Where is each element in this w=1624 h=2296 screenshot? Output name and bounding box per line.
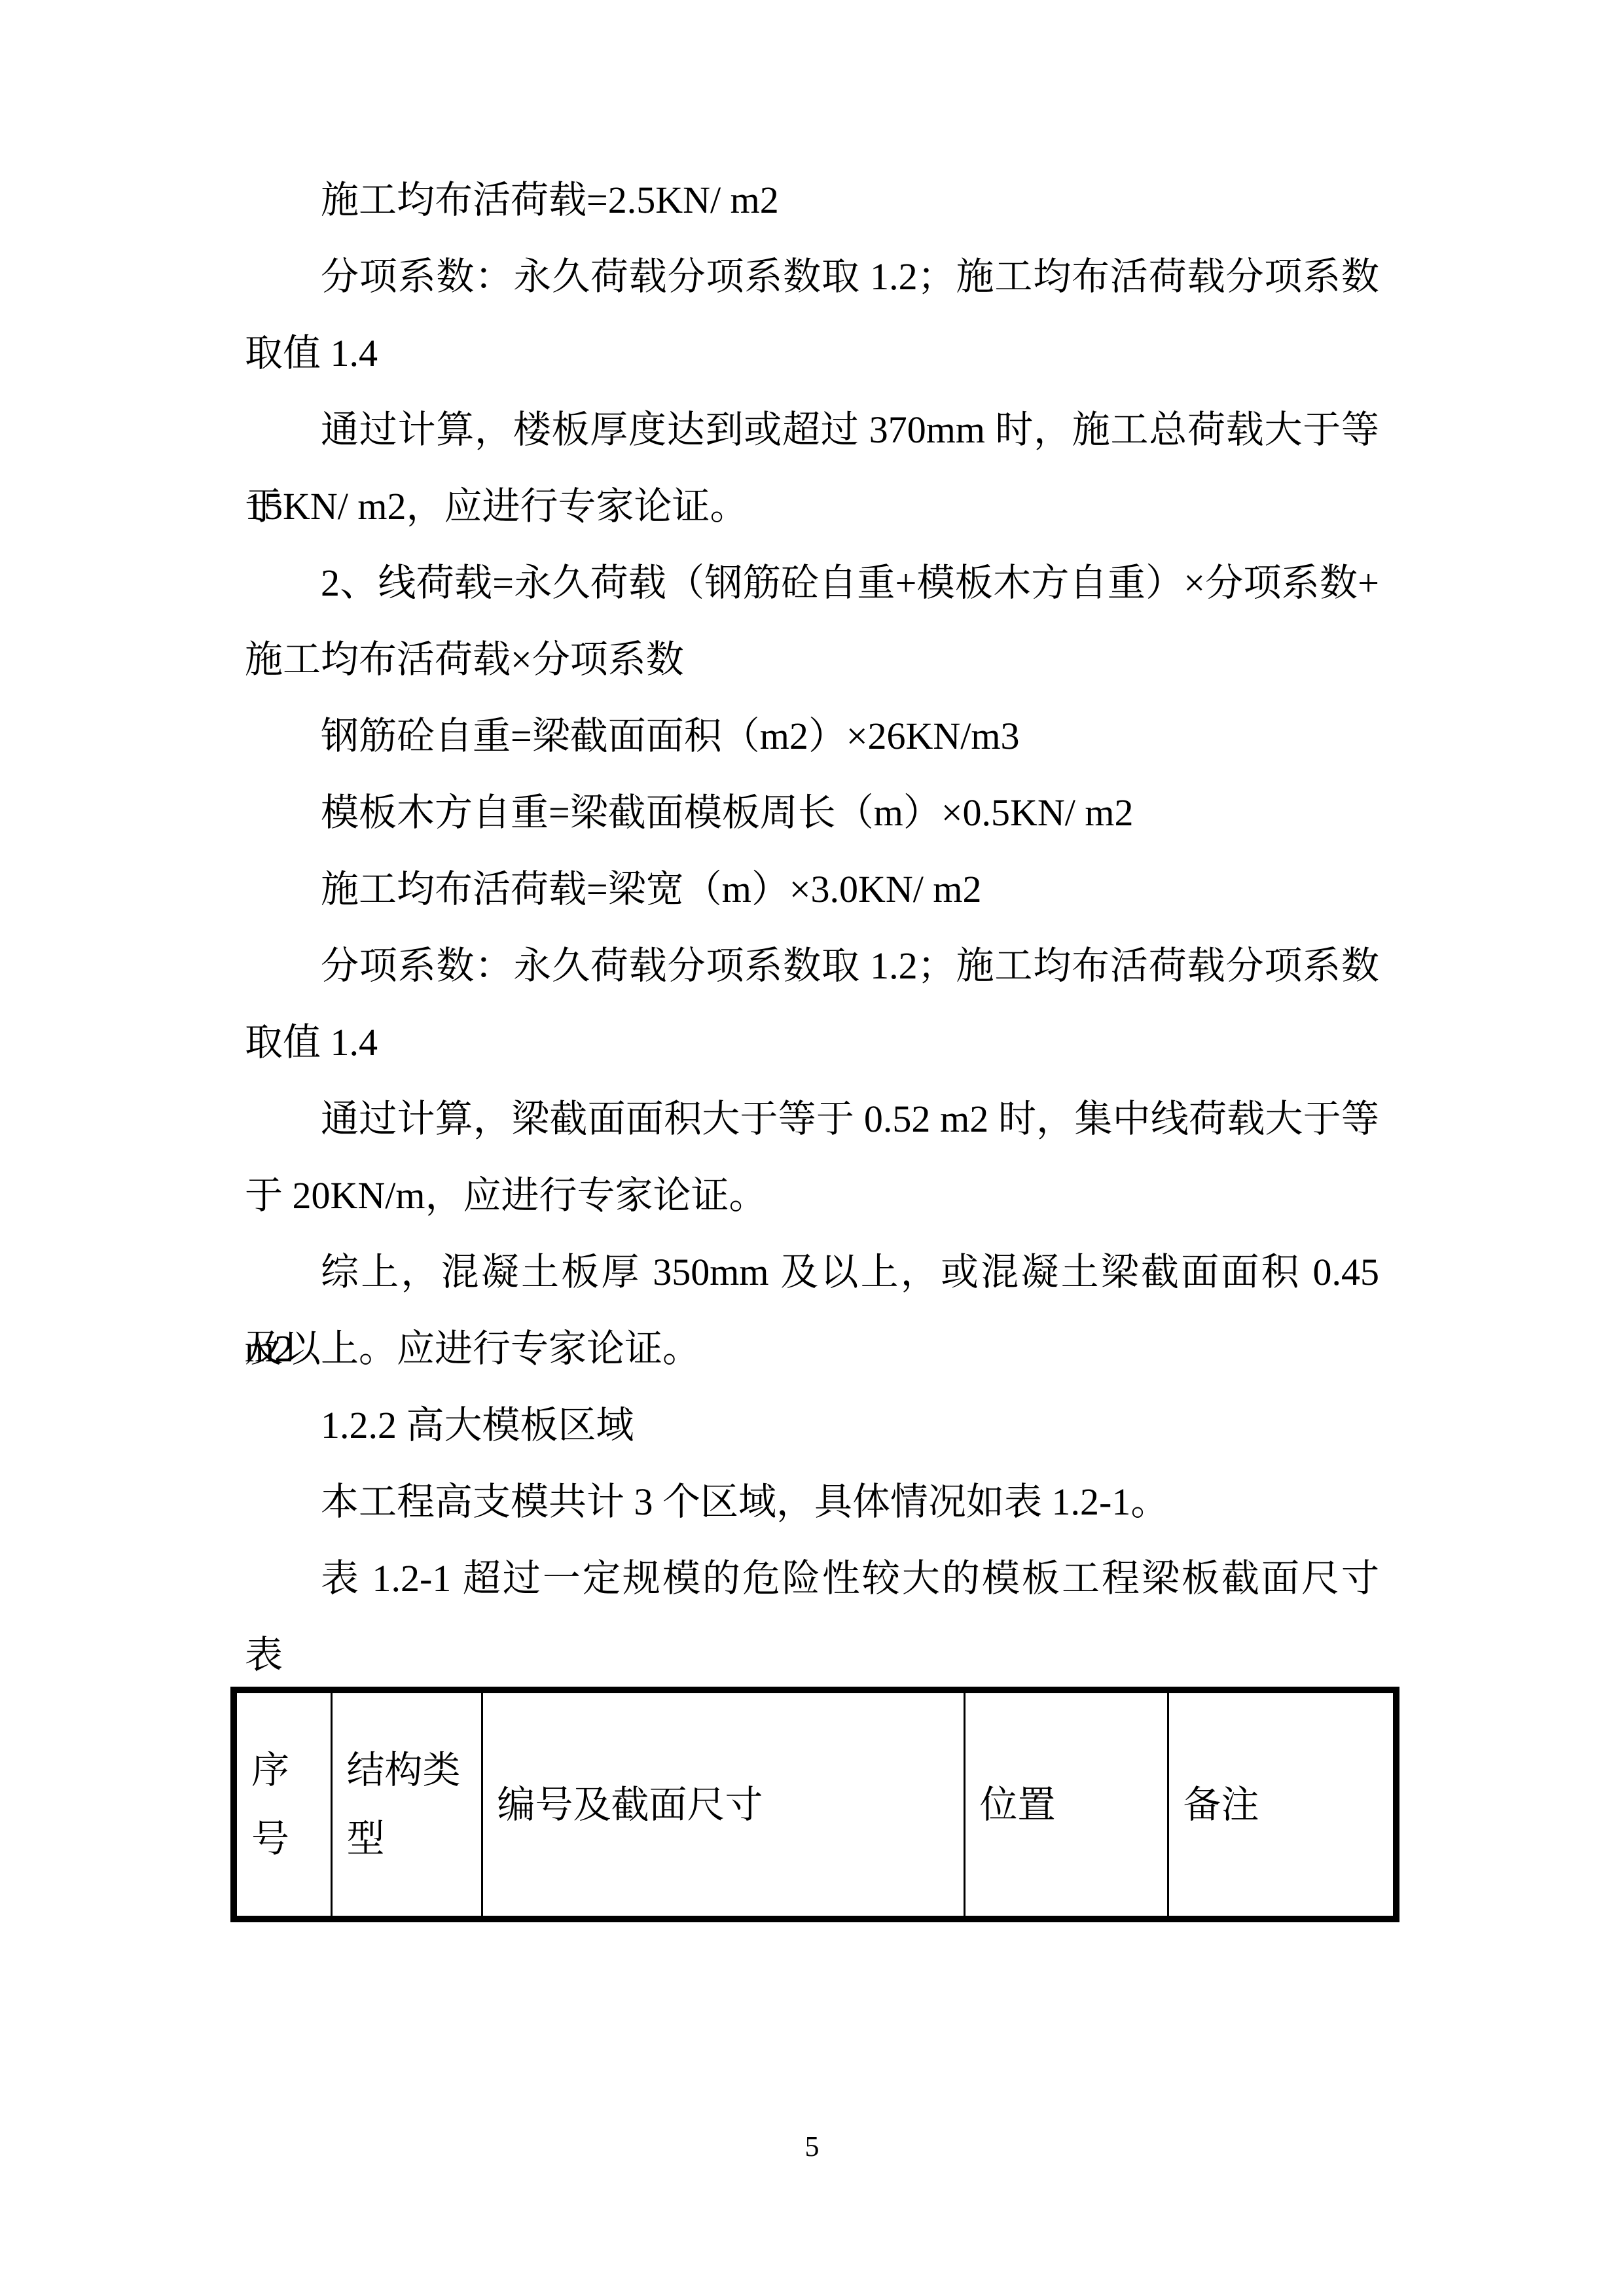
text-line: 通过计算，楼板厚度达到或超过 370mm 时，施工总荷载大于等于 [245,391,1379,468]
text-line: 取值 1.4 [245,315,1379,391]
document-content: 施工均布活荷载=2.5KN/ m2分项系数：永久荷载分项系数取 1.2；施工均布… [245,162,1379,1922]
text-line: 本工程高支模共计 3 个区域，具体情况如表 1.2-1。 [245,1463,1379,1540]
text-line: 取值 1.4 [245,1004,1379,1081]
table-header-row: 序号 结构类型 编号及截面尺寸 位置 备注 [234,1690,1396,1919]
page-number: 5 [0,2128,1624,2165]
text-line: 施工均布活荷载=梁宽（m）×3.0KN/ m2 [245,851,1379,927]
text-line: 分项系数：永久荷载分项系数取 1.2；施工均布活荷载分项系数 [245,927,1379,1004]
document-body: 施工均布活荷载=2.5KN/ m2分项系数：永久荷载分项系数取 1.2；施工均布… [245,162,1379,1693]
table-header-sequence-number: 序号 [234,1690,331,1919]
text-line: 综上，混凝土板厚 350mm 及以上，或混凝土梁截面面积 0.45 m2 [245,1234,1379,1310]
text-line: 表 1.2-1 超过一定规模的危险性较大的模板工程梁板截面尺寸 [245,1540,1379,1617]
text-line: 通过计算，梁截面面积大于等于 0.52 m2 时，集中线荷载大于等 [245,1081,1379,1157]
document-page: 施工均布活荷载=2.5KN/ m2分项系数：永久荷载分项系数取 1.2；施工均布… [0,0,1624,2296]
table-header-location: 位置 [964,1690,1168,1919]
text-line: 15KN/ m2，应进行专家论证。 [245,468,1379,545]
beam-slab-section-table: 序号 结构类型 编号及截面尺寸 位置 备注 [230,1687,1399,1922]
text-line: 施工均布活荷载×分项系数 [245,621,1379,698]
text-line: 表 [245,1617,1379,1693]
text-line: 于 20KN/m，应进行专家论证。 [245,1157,1379,1234]
table-header-number-and-section-size: 编号及截面尺寸 [482,1690,964,1919]
text-line: 及以上。应进行专家论证。 [245,1310,1379,1387]
text-line: 1.2.2 高大模板区域 [245,1387,1379,1463]
text-line: 2、线荷载=永久荷载（钢筋砼自重+模板木方自重）×分项系数+ [245,545,1379,621]
text-line: 分项系数：永久荷载分项系数取 1.2；施工均布活荷载分项系数 [245,238,1379,315]
text-line: 施工均布活荷载=2.5KN/ m2 [245,162,1379,238]
table-header-remarks: 备注 [1168,1690,1396,1919]
text-line: 模板木方自重=梁截面模板周长（m）×0.5KN/ m2 [245,774,1379,851]
text-line: 钢筋砼自重=梁截面面积（m2）×26KN/m3 [245,698,1379,774]
table-header-structure-type: 结构类型 [331,1690,482,1919]
